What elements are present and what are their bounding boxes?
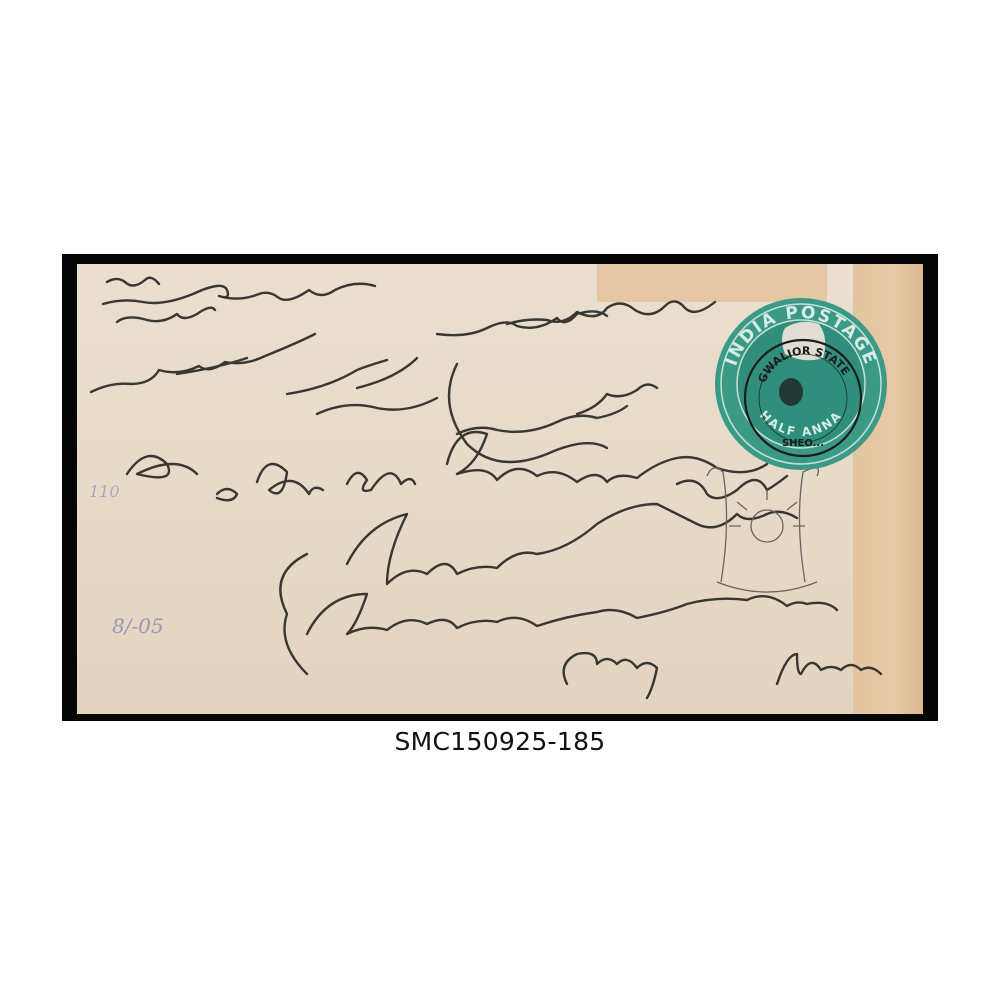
pencil-date-note: 8/-05 [112,614,164,638]
envelope: INDIA POSTAGE HALF ANNA GWALIOR STATE SH… [77,264,923,714]
india-postage-stamp: INDIA POSTAGE HALF ANNA GWALIOR STATE SH… [711,294,891,474]
item-caption: SMC150925-185 [0,727,1000,756]
svg-text:SHEO...: SHEO... [782,438,824,449]
pencil-margin-note: 110 [89,482,120,501]
photo-frame: INDIA POSTAGE HALF ANNA GWALIOR STATE SH… [62,254,938,721]
